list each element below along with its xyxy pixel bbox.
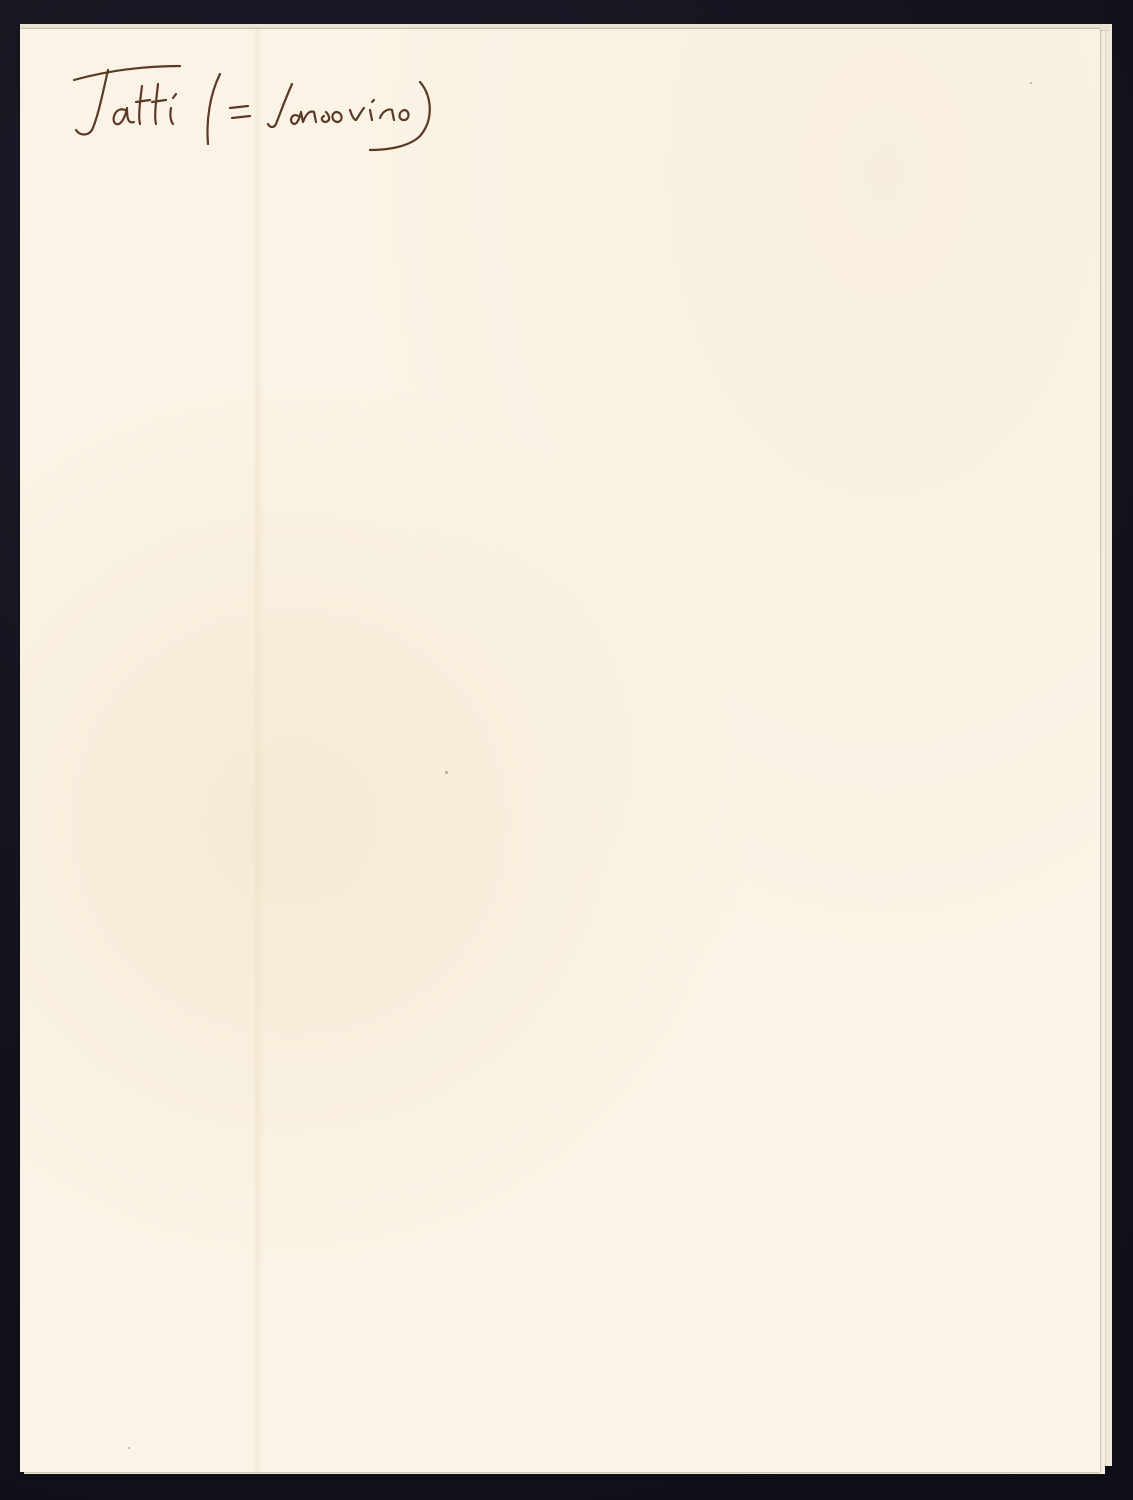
paper-speck (1030, 82, 1032, 84)
handwritten-annotation (70, 62, 450, 162)
paper-speck (445, 771, 448, 774)
paper-sheet (20, 29, 1100, 1472)
paper-speck (128, 1447, 130, 1449)
